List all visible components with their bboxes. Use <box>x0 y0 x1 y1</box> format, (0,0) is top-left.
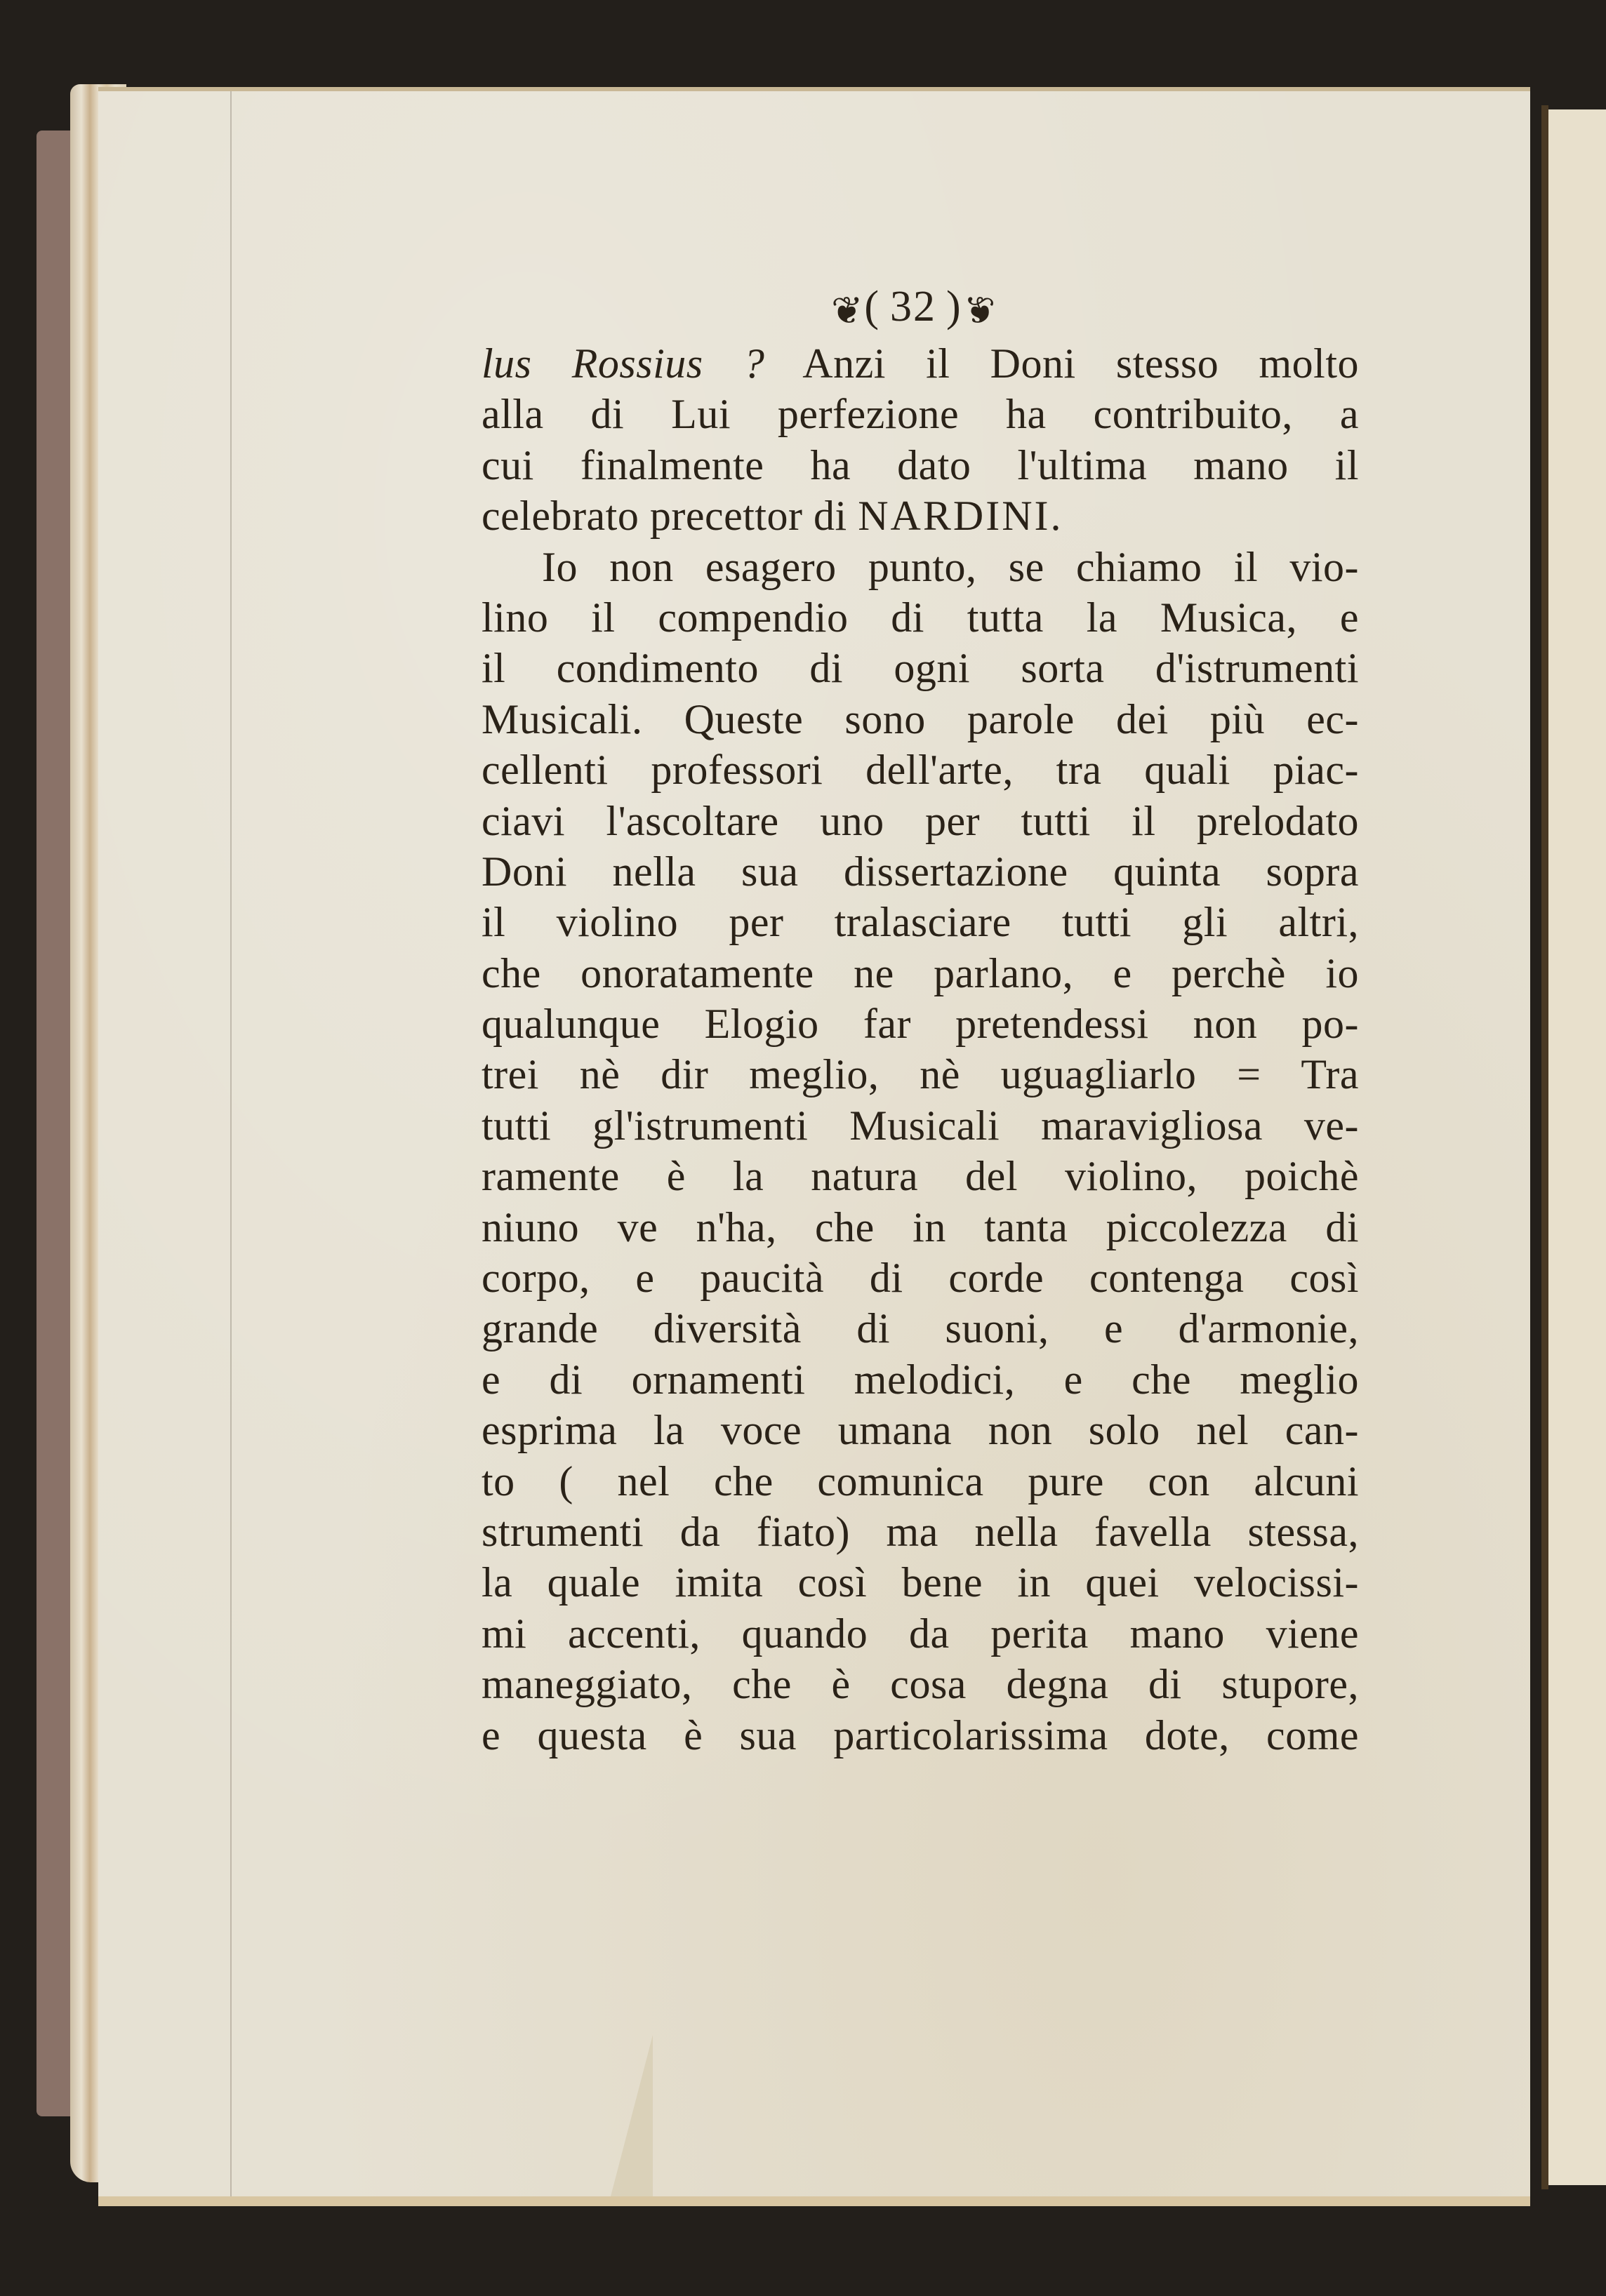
name-smallcaps: NARDINI <box>858 493 1050 539</box>
text-line: e questa è sua particolarissima dote, co… <box>482 1710 1359 1761</box>
text-line: mi accenti, quando da perita mano viene <box>482 1608 1359 1659</box>
text-line: alla di Lui perfezione ha contribuito, a <box>482 389 1359 439</box>
running-head: ❦(32)❦ <box>467 275 1359 338</box>
text-line: il violino per tralasciare tutti gli alt… <box>482 897 1359 947</box>
latin-name-italic: lus Rossius ? <box>482 340 764 387</box>
text-line: strumenti da fiato) ma nella favella ste… <box>482 1507 1359 1557</box>
paragraph-1: lus Rossius ? Anzi il Doni stesso molto … <box>482 338 1359 542</box>
text-line: e di ornamenti melodici, e che meglio <box>482 1354 1359 1405</box>
paragraph-2: Io non esagero punto, se chiamo il vio- … <box>482 542 1359 1761</box>
page-text-block: ❦(32)❦ lus Rossius ? Anzi il Doni stesso… <box>482 275 1359 1761</box>
text-line: lus Rossius ? Anzi il Doni stesso molto <box>482 338 1359 389</box>
fleuron-right-icon: ❦ <box>962 279 995 342</box>
text-line: corpo, e paucità di corde contenga così <box>482 1253 1359 1303</box>
spine-gap <box>1541 105 1548 2189</box>
text-line: Io non esagero punto, se chiamo il vio- <box>482 542 1359 592</box>
text-line: celebrato precettor di NARDINI. <box>482 490 1359 541</box>
text-line: lino il compendio di tutta la Musica, e <box>482 592 1359 643</box>
text-line: ciavi l'ascoltare uno per tutti il prelo… <box>482 796 1359 846</box>
text-line: che onoratamente ne parlano, e perchè io <box>482 948 1359 999</box>
text-line: cui finalmente ha dato l'ultima mano il <box>482 440 1359 490</box>
text-line: cellenti professori dell'arte, tra quali… <box>482 745 1359 795</box>
text-line: il condimento di ogni sorta d'istrumenti <box>482 643 1359 693</box>
text-line: maneggiato, che è cosa degna di stupore, <box>482 1659 1359 1709</box>
open-paren: ( <box>864 283 880 331</box>
text-line: qualunque Elogio far pretendessi non po- <box>482 999 1359 1049</box>
text-line: Doni nella sua dissertazione quinta sopr… <box>482 846 1359 897</box>
text-line: trei nè dir meglio, nè uguagliarlo = Tra <box>482 1049 1359 1100</box>
text-line: to ( nel che comunica pure con alcuni <box>482 1456 1359 1507</box>
page-fold-line <box>230 91 232 2196</box>
text-line: grande diversità di suoni, e d'armonie, <box>482 1303 1359 1354</box>
text-line: tutti gl'istrumenti Musicali maraviglios… <box>482 1100 1359 1151</box>
facing-page-edge <box>1548 109 1606 2185</box>
page-tear <box>611 2035 653 2196</box>
fleuron-left-icon: ❦ <box>831 279 864 342</box>
text-line: niuno ve n'ha, che in tanta piccolezza d… <box>482 1202 1359 1253</box>
text-line: la quale imita così bene in quei velocis… <box>482 1557 1359 1608</box>
page-number: 32 <box>890 275 936 338</box>
text-line: ramente è la natura del violino, poichè <box>482 1151 1359 1201</box>
text-line: Musicali. Queste sono parole dei più ec- <box>482 694 1359 745</box>
close-paren: ) <box>946 283 962 331</box>
text-line: esprima la voce umana non solo nel can- <box>482 1405 1359 1455</box>
